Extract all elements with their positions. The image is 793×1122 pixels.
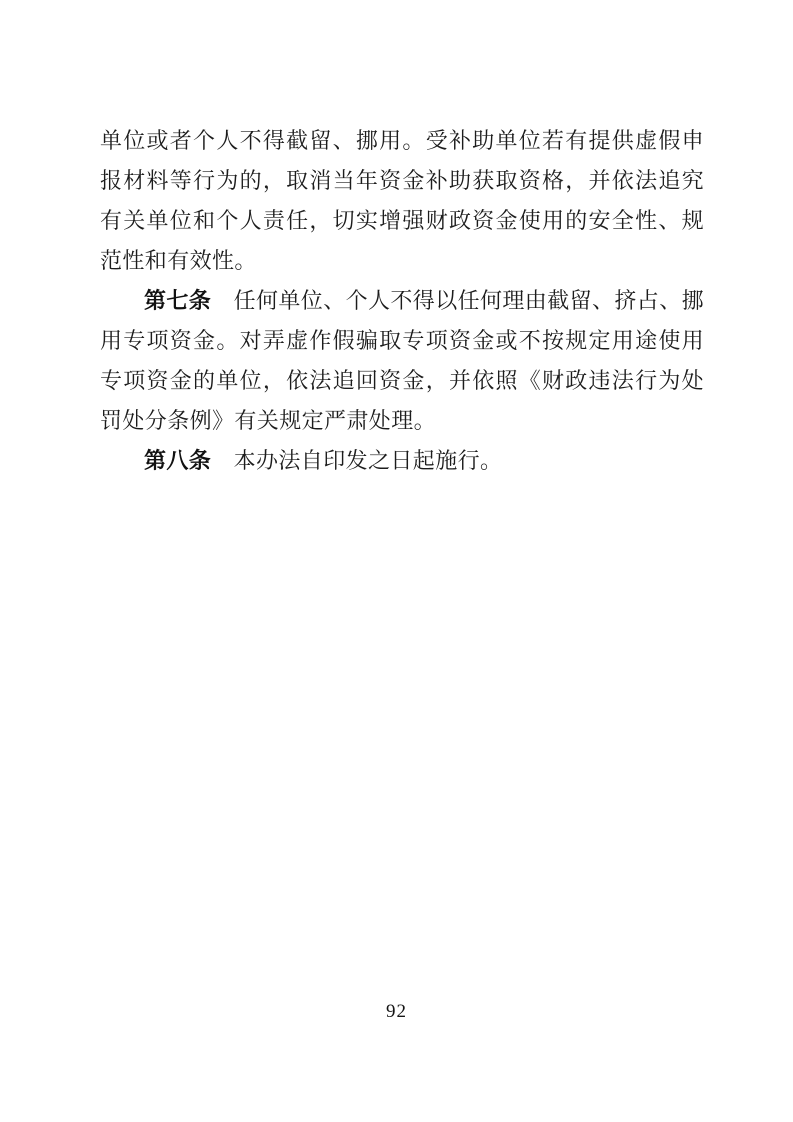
- page-number: 92: [0, 1001, 793, 1023]
- paragraph-text: 单位或者个人不得截留、挪用。受补助单位若有提供虚假申报材料等行为的，取消当年资金…: [100, 128, 704, 273]
- article-8-number: 第八条: [144, 448, 211, 473]
- paragraph-continuation: 单位或者个人不得截留、挪用。受补助单位若有提供虚假申报材料等行为的，取消当年资金…: [100, 121, 704, 281]
- article-7-number: 第七条: [144, 288, 211, 313]
- article-8-text: 本办法自印发之日起施行。: [211, 448, 502, 473]
- document-body: 单位或者个人不得截留、挪用。受补助单位若有提供虚假申报材料等行为的，取消当年资金…: [100, 121, 704, 481]
- document-page: 单位或者个人不得截留、挪用。受补助单位若有提供虚假申报材料等行为的，取消当年资金…: [0, 0, 793, 1122]
- paragraph-article-7: 第七条 任何单位、个人不得以任何理由截留、挤占、挪用专项资金。对弄虚作假骗取专项…: [100, 281, 704, 441]
- paragraph-article-8: 第八条 本办法自印发之日起施行。: [100, 441, 704, 481]
